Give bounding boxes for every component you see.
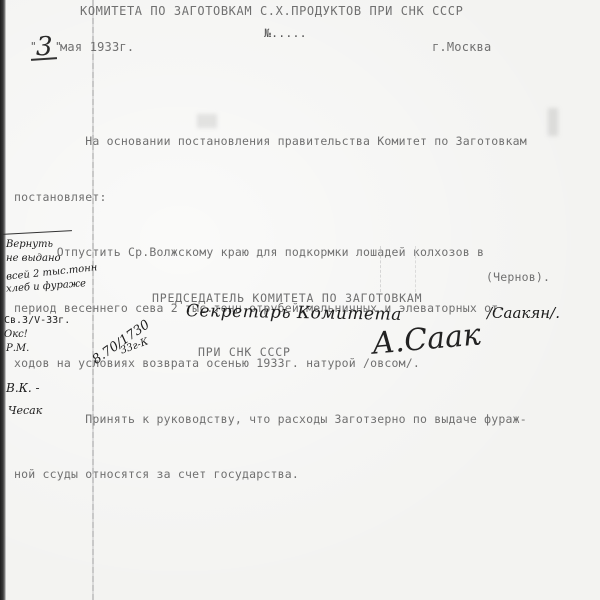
margin-note-line: Чесак bbox=[8, 404, 42, 417]
body-line: Принять к руководству, что расходы Загот… bbox=[14, 410, 594, 429]
body-line: постановляет: bbox=[14, 188, 594, 207]
document-header-org: КОМИТЕТА ПО ЗАГОТОВКАМ С.Х.ПРОДУКТОВ ПРИ… bbox=[80, 4, 463, 18]
document-city: г.Москва bbox=[432, 40, 491, 54]
chairman-name: (Чернов). bbox=[486, 270, 550, 284]
margin-note-line: Св.3/V-33г. bbox=[4, 314, 70, 327]
document-number: №..... bbox=[264, 26, 307, 40]
margin-note-line: Окс! bbox=[4, 328, 28, 341]
secretary-name-handwritten: /Саакян/. bbox=[487, 304, 560, 322]
secretary-label-handwritten: Секретарь Комитета bbox=[186, 301, 402, 325]
margin-note-line: В.К. - bbox=[6, 382, 40, 395]
document-page: КОМИТЕТА ПО ЗАГОТОВКАМ С.Х.ПРОДУКТОВ ПРИ… bbox=[0, 0, 600, 600]
body-line: На основании постановления правительства… bbox=[14, 132, 594, 151]
scan-left-edge bbox=[0, 0, 6, 600]
scan-smudge bbox=[548, 108, 558, 136]
scan-smudge bbox=[198, 114, 218, 128]
margin-note-line: Вернуть bbox=[6, 238, 53, 251]
margin-note-line: Р.М. bbox=[6, 342, 29, 355]
body-line: ной ссуды относятся за счет государства. bbox=[14, 465, 594, 484]
date-month-year: мая 1933г. bbox=[60, 40, 134, 54]
margin-note-line: не выдано bbox=[6, 252, 61, 265]
